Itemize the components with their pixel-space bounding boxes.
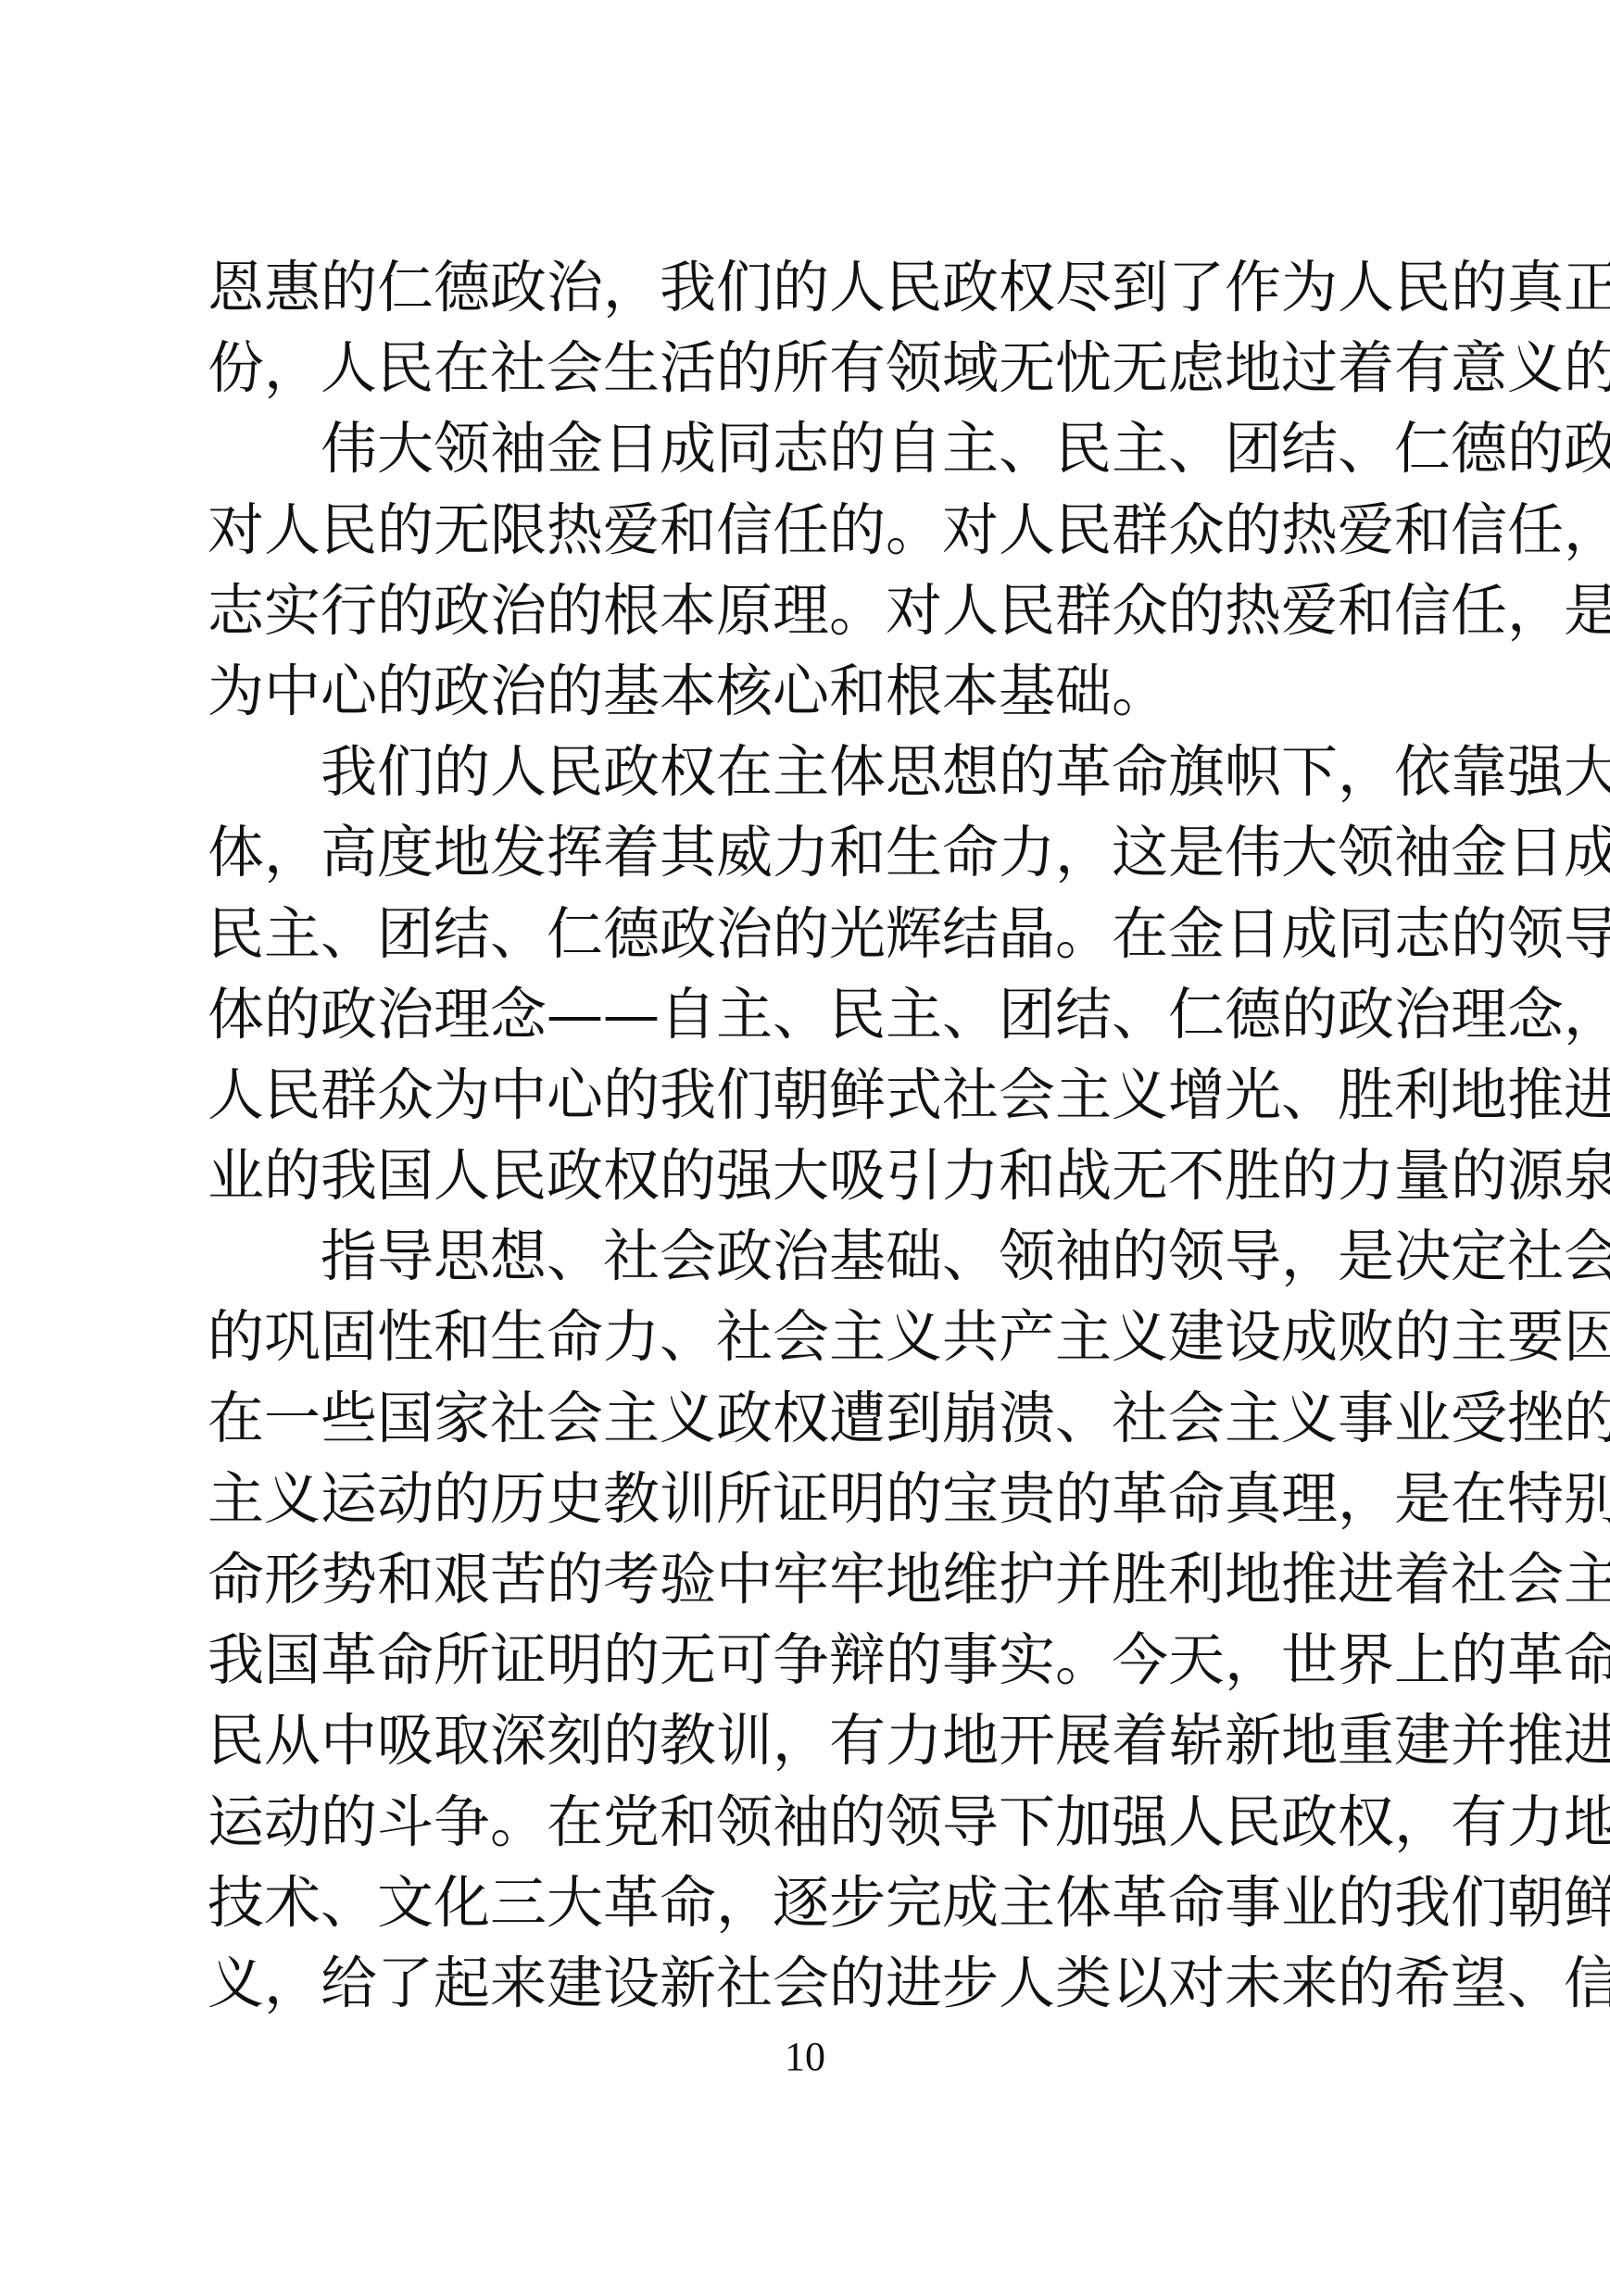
- text-line: 份，人民在社会生活的所有领域无忧无虑地过着有意义的生活。: [208, 328, 1406, 408]
- document-page: 恩惠的仁德政治，我们的人民政权尽到了作为人民的真正公仆的本 份，人民在社会生活的…: [0, 0, 1610, 2296]
- text-line: 运动的斗争。在党和领袖的领导下加强人民政权，有力地开展思想、: [208, 1782, 1406, 1863]
- text-line: 的巩固性和生命力、社会主义共产主义建设成败的主要因素。这是: [208, 1297, 1406, 1377]
- paragraph-3: 我们的人民政权在主体思想的革命旗帜下，依靠强大的革命的主 体，高度地发挥着其威力…: [208, 732, 1406, 1216]
- text-line: 体的政治理念——自主、民主、团结、仁德的政治理念，这就是使以: [208, 974, 1406, 1055]
- text-line: 技术、文化三大革命，逐步完成主体革命事业的我们朝鲜式社会主: [208, 1863, 1406, 1943]
- text-line: 义，给了起来建设新社会的进步人类以对未来的希望、信心和勇气。: [208, 1943, 1406, 2024]
- text-line: 体，高度地发挥着其威力和生命力，这是伟大领袖金日成同志的自主、: [208, 812, 1406, 893]
- text-line: 指导思想、社会政治基础、领袖的领导，是决定社会主义政权: [208, 1216, 1406, 1297]
- body-text: 恩惠的仁德政治，我们的人民政权尽到了作为人民的真正公仆的本 份，人民在社会生活的…: [208, 247, 1406, 2024]
- text-line: 我国革命所证明的无可争辩的事实。今天，世界上的革命政党和人: [208, 1620, 1406, 1700]
- paragraph-4: 指导思想、社会政治基础、领袖的领导，是决定社会主义政权 的巩固性和生命力、社会主…: [208, 1216, 1406, 2024]
- text-line: 业的我国人民政权的强大吸引力和战无不胜的力量的源泉所在。: [208, 1135, 1406, 1216]
- text-line: 民主、团结、仁德政治的光辉结晶。在金日成同志的领导下实现着主: [208, 894, 1406, 974]
- page-number: 10: [0, 2031, 1610, 2083]
- text-line: 在一些国家社会主义政权遭到崩溃、社会主义事业受挫的国际共产: [208, 1378, 1406, 1459]
- paragraph-1: 恩惠的仁德政治，我们的人民政权尽到了作为人民的真正公仆的本 份，人民在社会生活的…: [208, 247, 1406, 408]
- text-line: 对人民的无限热爱和信任的。对人民群众的热爱和信任，是金日成同: [208, 490, 1406, 571]
- text-line: 志实行的政治的根本原理。对人民群众的热爱和信任，是以人民群众: [208, 571, 1406, 651]
- text-line: 伟大领袖金日成同志的自主、民主、团结、仁德的政治，是基于: [208, 408, 1406, 489]
- paragraph-2: 伟大领袖金日成同志的自主、民主、团结、仁德的政治，是基于 对人民的无限热爱和信任…: [208, 408, 1406, 732]
- text-line: 主义运动的历史教训所证明的宝贵的革命真理，是在特别不利的革: [208, 1459, 1406, 1539]
- text-line: 人民群众为中心的我们朝鲜式社会主义增光、胜利地推进主体革命事: [208, 1055, 1406, 1135]
- text-line: 我们的人民政权在主体思想的革命旗帜下，依靠强大的革命的主: [208, 732, 1406, 812]
- text-line: 恩惠的仁德政治，我们的人民政权尽到了作为人民的真正公仆的本: [208, 247, 1406, 328]
- text-line: 命形势和艰苦的考验中牢牢地维护并胜利地推进着社会主义事业的: [208, 1539, 1406, 1620]
- text-line: 为中心的政治的基本核心和根本基础。: [208, 651, 1406, 732]
- text-line: 民从中吸取深刻的教训，有力地开展着崭新地重建并推进社会主义: [208, 1700, 1406, 1781]
